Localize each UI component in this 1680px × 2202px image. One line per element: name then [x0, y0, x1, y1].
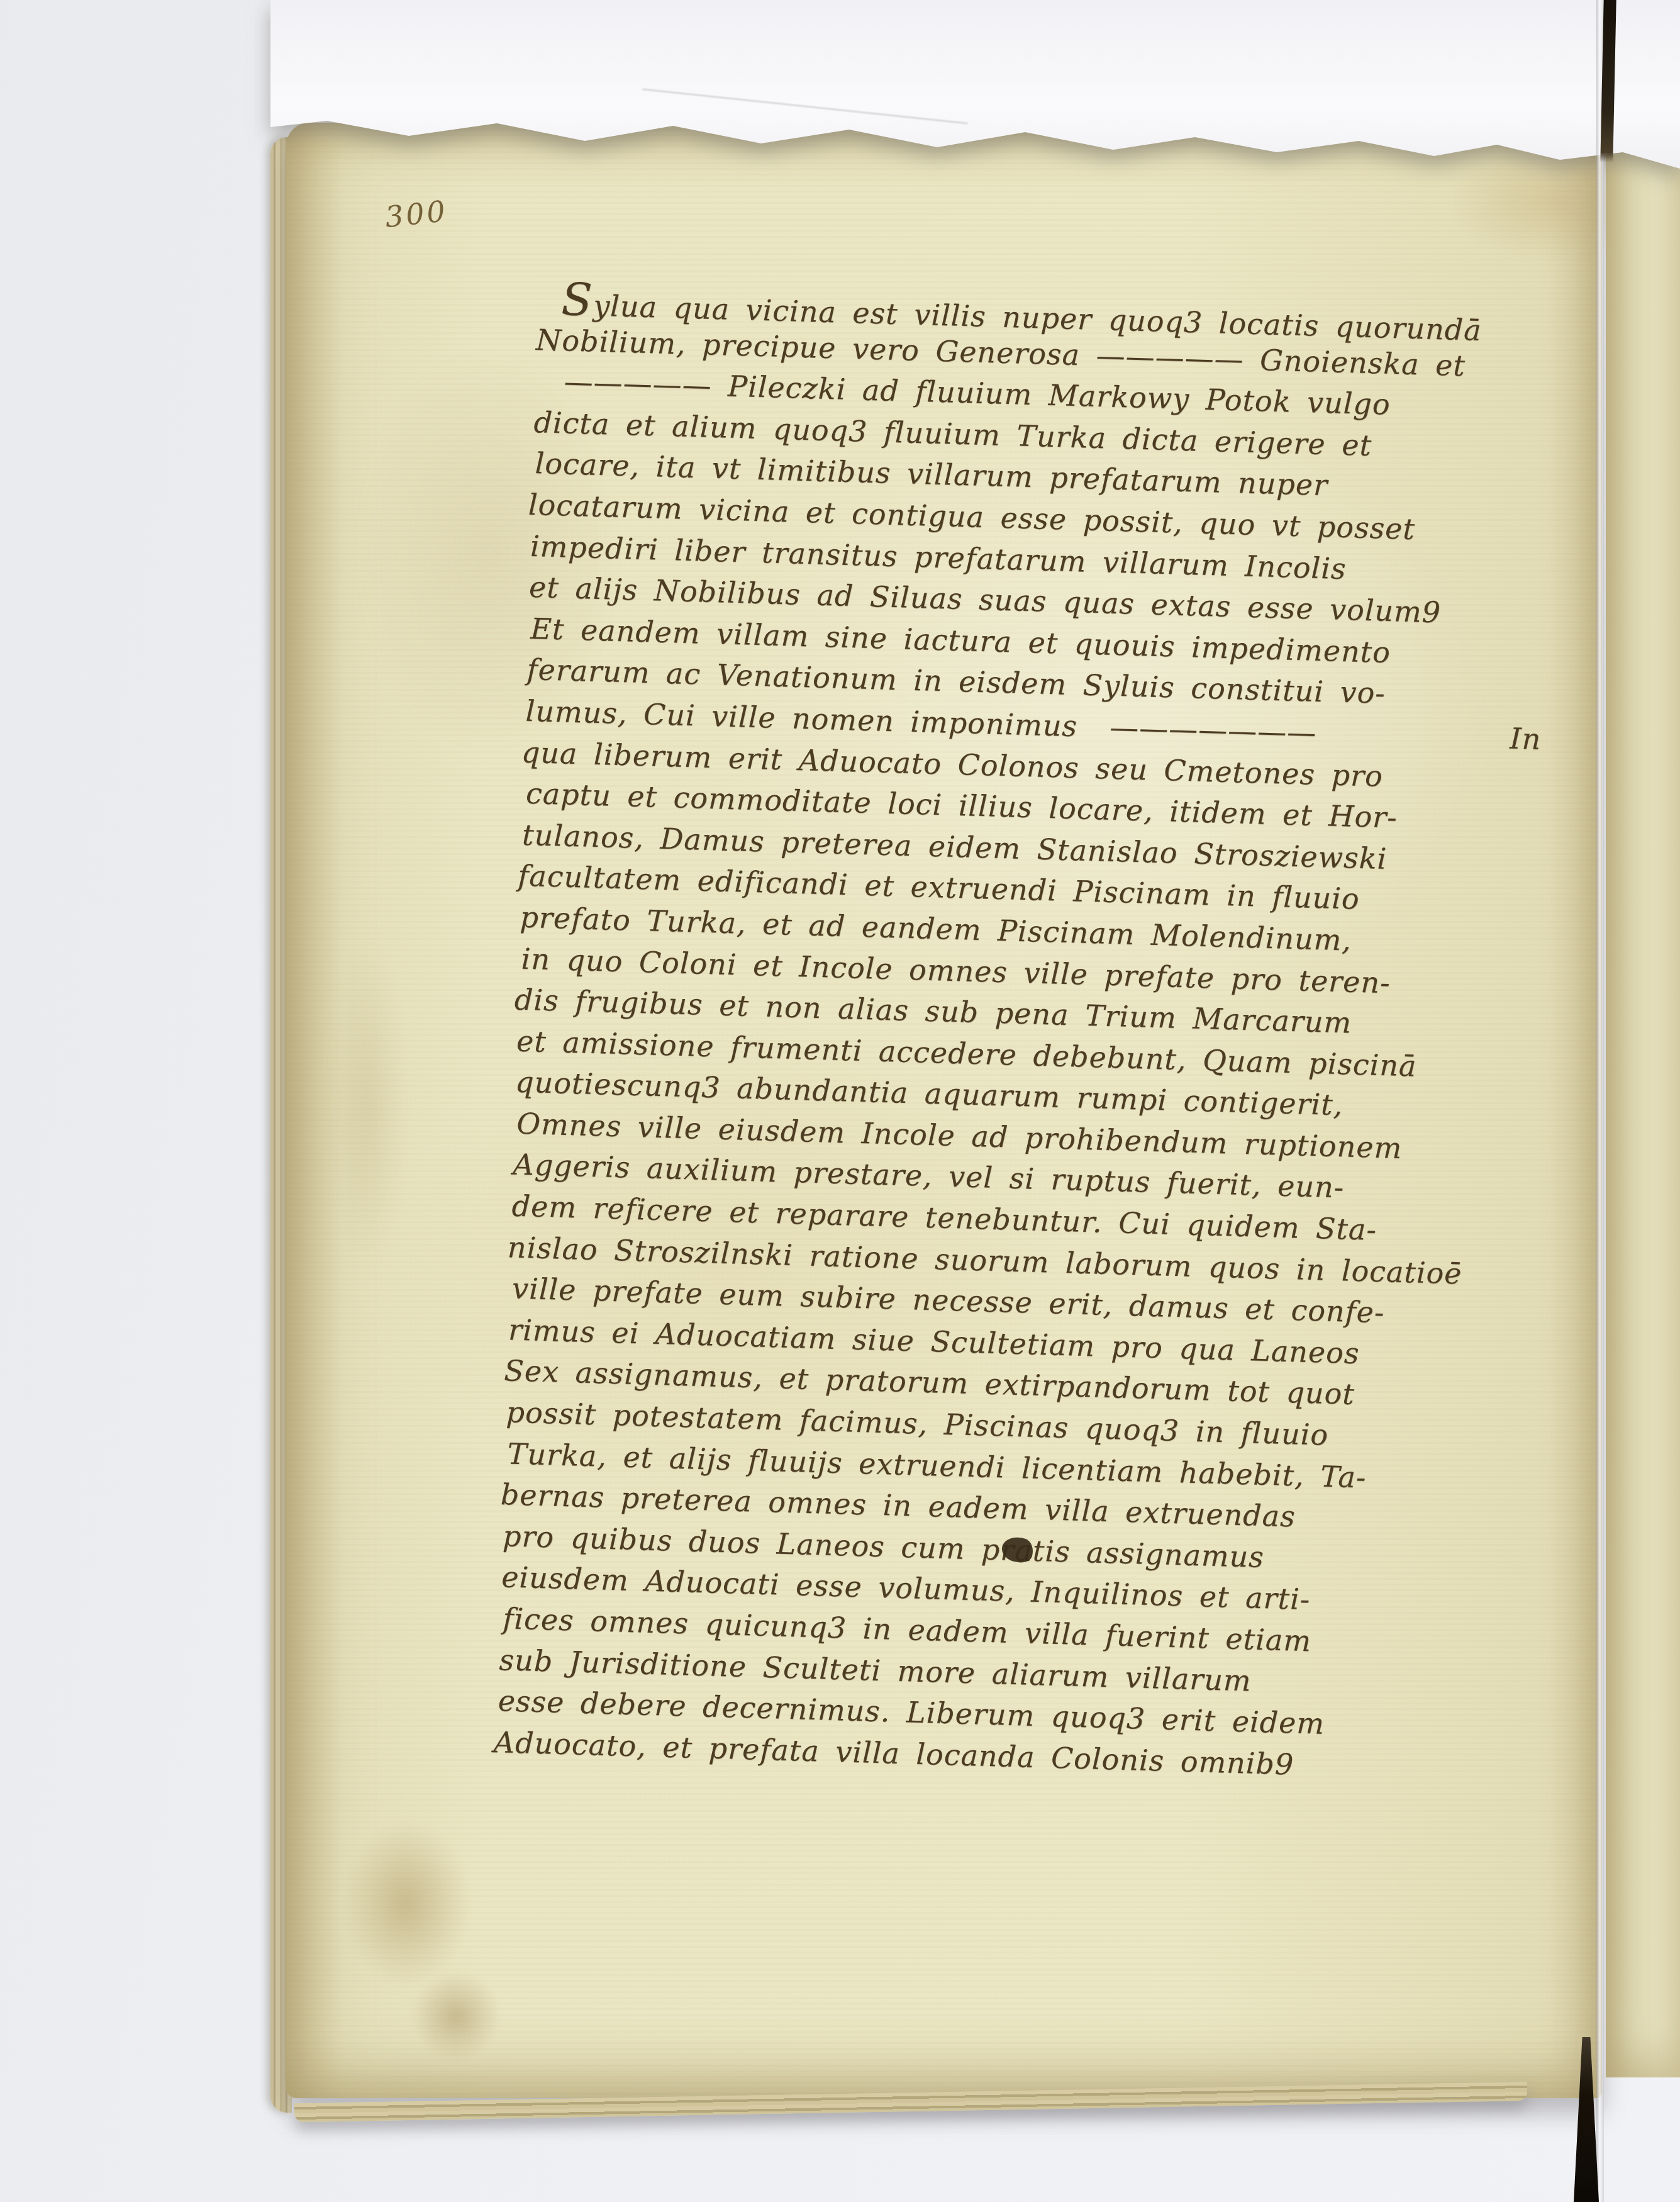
- manuscript-page: 300 Sylua qua vicina est villis nuper qu…: [286, 123, 1602, 2098]
- manuscript-scan: 300 Sylua qua vicina est villis nuper qu…: [0, 0, 1680, 2202]
- facing-page: [1606, 133, 1680, 2077]
- cover-sheet-wrap: [270, 0, 1680, 195]
- stain: [330, 941, 406, 1268]
- manuscript-text: Sylua qua vicina est villis nuper quoq3 …: [496, 278, 1594, 1792]
- page-number: 300: [383, 194, 449, 234]
- glass-edge: [1596, 0, 1604, 2202]
- cover-sheet: [270, 0, 1680, 195]
- stain: [412, 1972, 500, 2060]
- stain: [343, 1821, 469, 1985]
